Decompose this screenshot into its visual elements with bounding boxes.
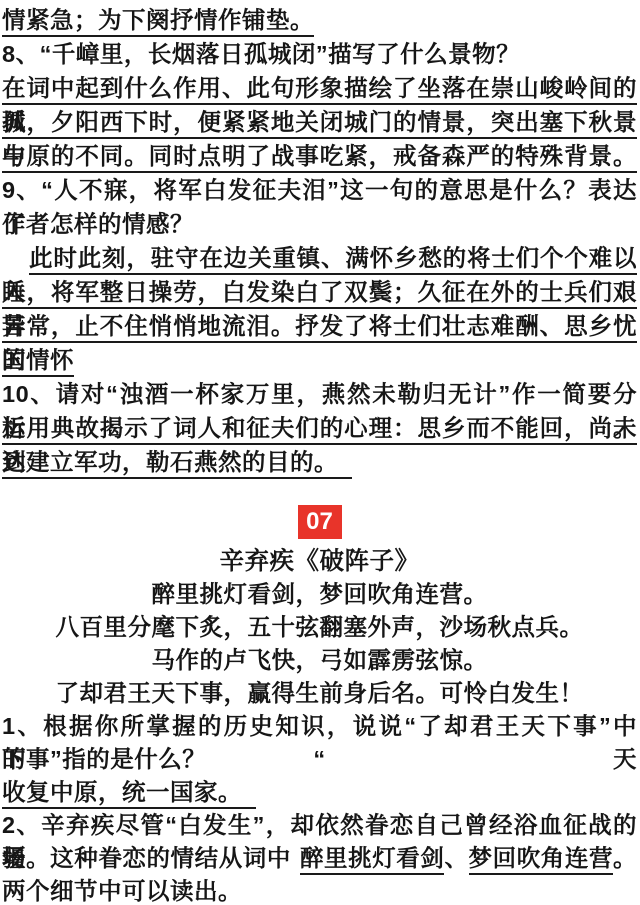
question-line: 两个细节中可以读出。 xyxy=(2,875,637,905)
underlined-quote: 醉里挑灯看剑 xyxy=(300,845,444,875)
question-line: 8、“千嶂里，长烟落日孤城闭”描写了什么景物？ xyxy=(2,37,637,71)
question-line: 作者怎样的情感？ xyxy=(2,207,637,241)
question-line: 1、根据你所掌握的历史知识，说说“了却君王天下事”中的“天 xyxy=(2,710,637,743)
question-line: 2、辛弃疾尽管“白发生”，却依然眷恋自己曾经浴血征战的疆 xyxy=(2,809,637,842)
poem-title: 辛弃疾《破阵子》 xyxy=(2,545,637,578)
question-text: 两个细节中可以读出。 xyxy=(2,878,242,904)
question-text: 8、“千嶂里，长烟落日孤城闭”描写了什么景物？ xyxy=(2,41,520,67)
question-text: 。 xyxy=(613,845,637,871)
answer-line: 收复中原，统一国家。 xyxy=(2,776,637,809)
answer-line: 异常，止不住悄悄地流泪。抒发了将士们壮志难酬、思乡忧国 xyxy=(2,309,637,343)
answer-line: 此时此刻，驻守在边关重镇、满怀乡愁的将士们个个难以入 xyxy=(2,241,637,275)
poem-line: 醉里挑灯看剑，梦回吹角连营。 xyxy=(2,578,637,611)
question-text: 作者怎样的情感？ xyxy=(2,211,194,237)
poem-line: 了却君王天下事，赢得生前身后名。可怜白发生！ xyxy=(2,677,637,710)
answer-line: 中原的不同。同时点明了战事吃紧，戒备森严的特殊背景。 xyxy=(2,139,637,173)
separator-text: 、 xyxy=(444,845,468,871)
underlined-answer-text: 情紧急；为下阕抒情作铺垫。 xyxy=(2,7,314,37)
underlined-answer-text: 收复中原，统一国家。 xyxy=(2,779,256,809)
answer-line: 到建立军功，勒石燕然的目的。 xyxy=(2,445,637,479)
answer-line: 在词中起到什么作用、此句形象描绘了坐落在崇山峻岭间的孤 xyxy=(2,71,637,105)
document-page: 情紧急；为下阕抒情作铺垫。 8、“千嶂里，长烟落日孤城闭”描写了什么景物？ 在词… xyxy=(0,0,640,905)
underlined-quote: 梦回吹角连营 xyxy=(469,845,613,875)
answer-line: 睡，将军整日操劳，白发染白了双鬓；久征在外的士兵们艰苦 xyxy=(2,275,637,309)
underlined-answer-text: 中原的不同。同时点明了战事吃紧，戒备森严的特殊背景。 xyxy=(2,143,637,173)
answer-line: 运用典故揭示了词人和征夫们的心理：思乡而不能回，尚未达 xyxy=(2,411,637,445)
question-line: 10、请对“浊酒一杯家万里，燕然未勒归无计”作一简要分析。 xyxy=(2,377,637,411)
question-text: 场。这种眷恋的情结从词中 xyxy=(2,845,300,871)
qa-section-previous-poem: 情紧急；为下阕抒情作铺垫。 8、“千嶂里，长烟落日孤城闭”描写了什么景物？ 在词… xyxy=(2,3,637,479)
question-text: 下事”指的是什么？ xyxy=(2,746,206,772)
question-line-mixed: 场。这种眷恋的情结从词中醉里挑灯看剑、梦回吹角连营。 xyxy=(2,842,637,875)
qa-section-pozhenzi: 07 辛弃疾《破阵子》 醉里挑灯看剑，梦回吹角连营。 八百里分麾下炙，五十弦翻塞… xyxy=(2,505,637,905)
section-badge-row: 07 xyxy=(2,505,637,539)
underlined-answer-text: 到建立军功，勒石燕然的目的。 xyxy=(2,449,352,479)
question-line: 9、“人不寐，将军白发征夫泪”这一句的意思是什么？表达了 xyxy=(2,173,637,207)
poem-line: 马作的卢飞快，弓如霹雳弦惊。 xyxy=(2,644,637,677)
section-number-badge: 07 xyxy=(298,505,342,539)
underlined-answer-text: 的情怀 xyxy=(2,347,74,377)
text-line: 情紧急；为下阕抒情作铺垫。 xyxy=(2,3,637,37)
poem-line: 八百里分麾下炙，五十弦翻塞外声，沙场秋点兵。 xyxy=(2,611,637,644)
answer-line: 城，夕阳西下时，便紧紧地关闭城门的情景，突出塞下秋景与 xyxy=(2,105,637,139)
answer-line: 的情怀 xyxy=(2,343,637,377)
